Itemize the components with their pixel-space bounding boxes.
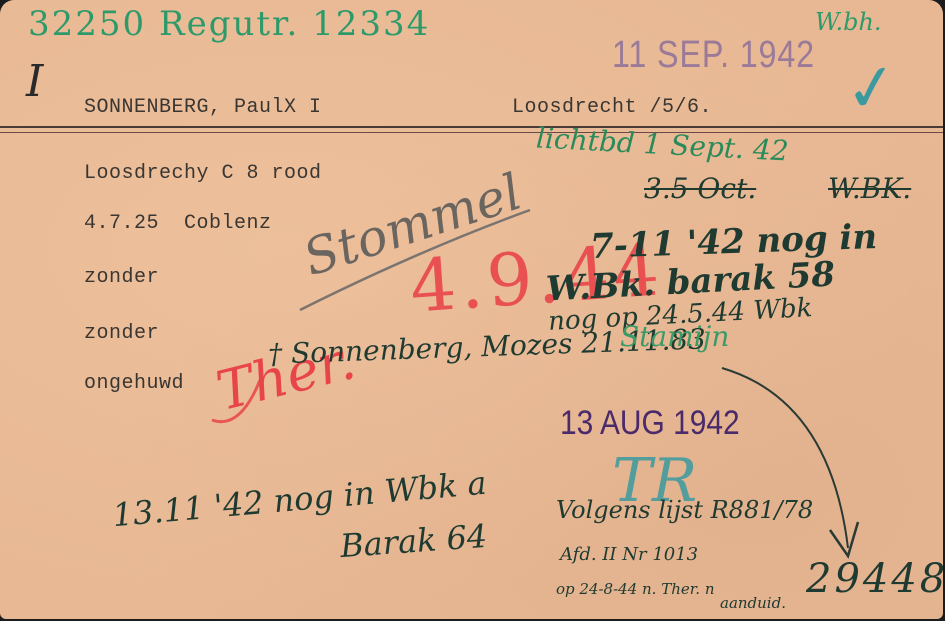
pencil-underline [300, 210, 530, 310]
arrow-curve [722, 368, 848, 548]
archive-card: 32250 Regutr. 12334 W.bh. 11 SEP. 1942 I… [0, 0, 943, 619]
drawn-strokes [0, 0, 943, 619]
red-stroke [212, 380, 260, 422]
